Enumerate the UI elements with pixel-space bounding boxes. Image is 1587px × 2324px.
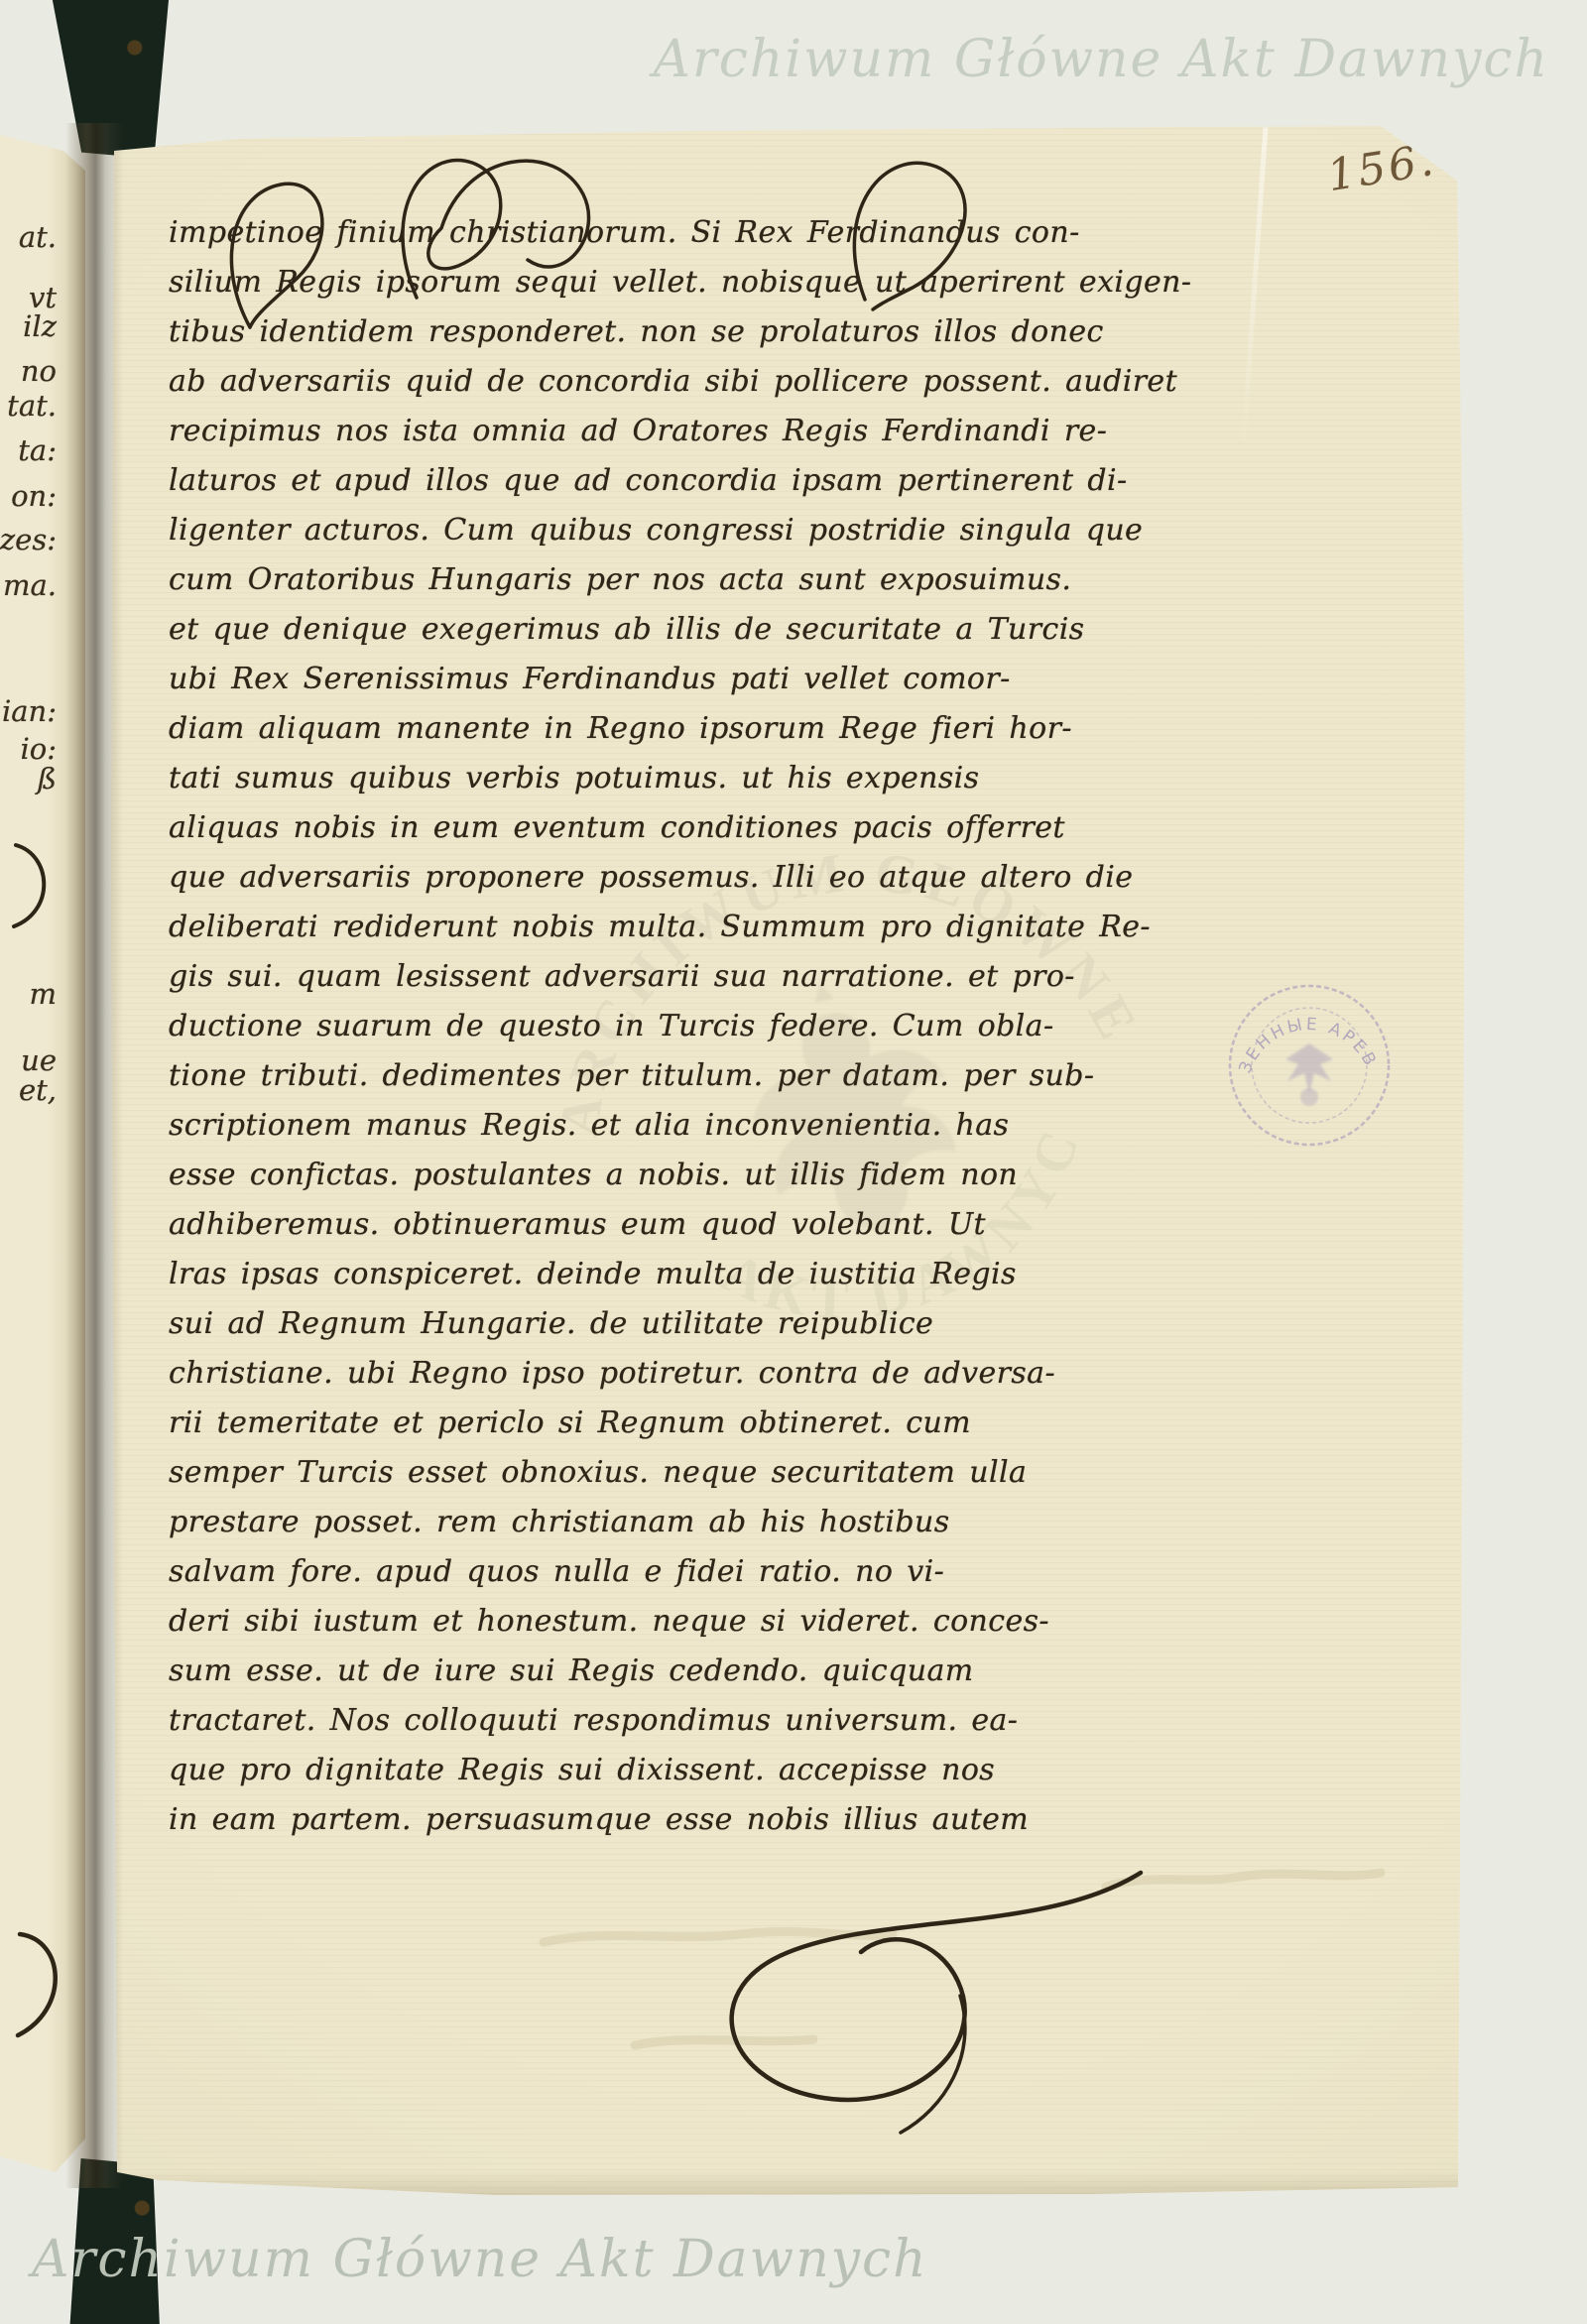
- manuscript-line: cum Oratoribus Hungaris per nos acta sun…: [169, 555, 1345, 605]
- manuscript-line: tibus identidem responderet. non se prol…: [169, 307, 1345, 357]
- manuscript-line: tati sumus quibus verbis potuimus. ut hi…: [169, 754, 1345, 803]
- manuscript-line: lras ipsas conspiceret. deinde multa de …: [169, 1250, 1345, 1299]
- manuscript-line: que adversariis proponere possemus. Illi…: [169, 853, 1345, 903]
- manuscript-line: ubi Rex Serenissimus Ferdinandus pati ve…: [169, 655, 1345, 704]
- text-fragment: m: [30, 977, 58, 1011]
- manuscript-line: salvam fore. apud quos nulla e fidei rat…: [169, 1547, 1345, 1597]
- margin-fragments: at.vtilznotat.ta:on:zes:ma.ian:io:ßmueet…: [0, 0, 60, 2324]
- manuscript-line: rii temeritate et periclo si Regnum obti…: [169, 1399, 1345, 1448]
- manuscript-scan: Archiwum Główne Akt Dawnych at.vtilznota…: [0, 0, 1587, 2324]
- archive-watermark-top: Archiwum Główne Akt Dawnych: [653, 30, 1549, 89]
- text-fragment: ue: [21, 1043, 57, 1077]
- manuscript-line: ligenter acturos. Cum quibus congressi p…: [169, 506, 1345, 555]
- manuscript-line: sum esse. ut de iure sui Regis cedendo. …: [169, 1647, 1345, 1696]
- text-fragment: tat.: [7, 389, 57, 423]
- manuscript-line: laturos et apud illos que ad concordia i…: [169, 456, 1345, 506]
- manuscript-line: ab adversariis quid de concordia sibi po…: [169, 357, 1345, 407]
- text-fragment: zes:: [0, 523, 57, 556]
- manuscript-line: deliberati rediderunt nobis multa. Summu…: [169, 903, 1345, 952]
- text-fragment: io:: [20, 732, 57, 766]
- text-fragment: on:: [11, 479, 57, 513]
- manuscript-line: tione tributi. dedimentes per titulum. p…: [169, 1051, 1345, 1101]
- manuscript-line: aliquas nobis in eum eventum conditiones…: [169, 803, 1345, 853]
- manuscript-line: deri sibi iustum et honestum. neque si v…: [169, 1597, 1345, 1647]
- manuscript-line: scriptionem manus Regis. et alia inconve…: [169, 1101, 1345, 1151]
- folio-number: 156.: [1324, 135, 1440, 202]
- manuscript-line: diam aliquam manente in Regno ipsorum Re…: [169, 704, 1345, 754]
- manuscript-line: gis sui. quam lesissent adversarii sua n…: [169, 952, 1345, 1002]
- manuscript-line: que pro dignitate Regis sui dixissent. a…: [169, 1746, 1345, 1795]
- manuscript-line: ductione suarum de questo in Turcis fede…: [169, 1002, 1345, 1051]
- text-fragment: no: [21, 354, 57, 388]
- manuscript-line: et que denique exegerimus ab illis de se…: [169, 605, 1345, 655]
- manuscript-line: semper Turcis esset obnoxius. neque secu…: [169, 1448, 1345, 1498]
- text-fragment: at.: [19, 220, 57, 254]
- text-fragment: ian:: [2, 694, 57, 728]
- binding-tape-top: [48, 0, 169, 159]
- manuscript-line: in eam partem. persuasumque esse nobis i…: [169, 1795, 1345, 1845]
- text-fragment: ta:: [18, 433, 57, 467]
- manuscript-line: silium Regis ipsorum sequi vellet. nobis…: [169, 258, 1345, 307]
- manuscript-line: prestare posset. rem christianam ab his …: [169, 1498, 1345, 1547]
- manuscript-line: recipimus nos ista omnia ad Oratores Reg…: [169, 407, 1345, 456]
- manuscript-text-block: impetinoe finium christianorum. Si Rex F…: [169, 208, 1345, 1845]
- text-fragment: ß: [38, 762, 57, 795]
- manuscript-line: sui ad Regnum Hungarie. de utilitate rei…: [169, 1299, 1345, 1349]
- manuscript-line: tractaret. Nos colloquuti respondimus un…: [169, 1696, 1345, 1746]
- binding-tape-bottom: [63, 2158, 173, 2324]
- manuscript-page: ARCHIWUM GŁÓWNE AKT DAWNYCH 156. impetin…: [85, 119, 1472, 2200]
- manuscript-line: adhiberemus. obtinueramus eum quod voleb…: [169, 1200, 1345, 1250]
- manuscript-line: esse confictas. postulantes a nobis. ut …: [169, 1151, 1345, 1200]
- manuscript-line: christiane. ubi Regno ipso potiretur. co…: [169, 1349, 1345, 1399]
- manuscript-line: impetinoe finium christianorum. Si Rex F…: [169, 208, 1345, 258]
- text-fragment: ilz: [23, 309, 57, 343]
- archive-watermark-bottom: Archiwum Główne Akt Dawnych: [32, 2230, 928, 2289]
- text-fragment: et,: [19, 1073, 57, 1107]
- text-fragment: ma.: [3, 568, 57, 602]
